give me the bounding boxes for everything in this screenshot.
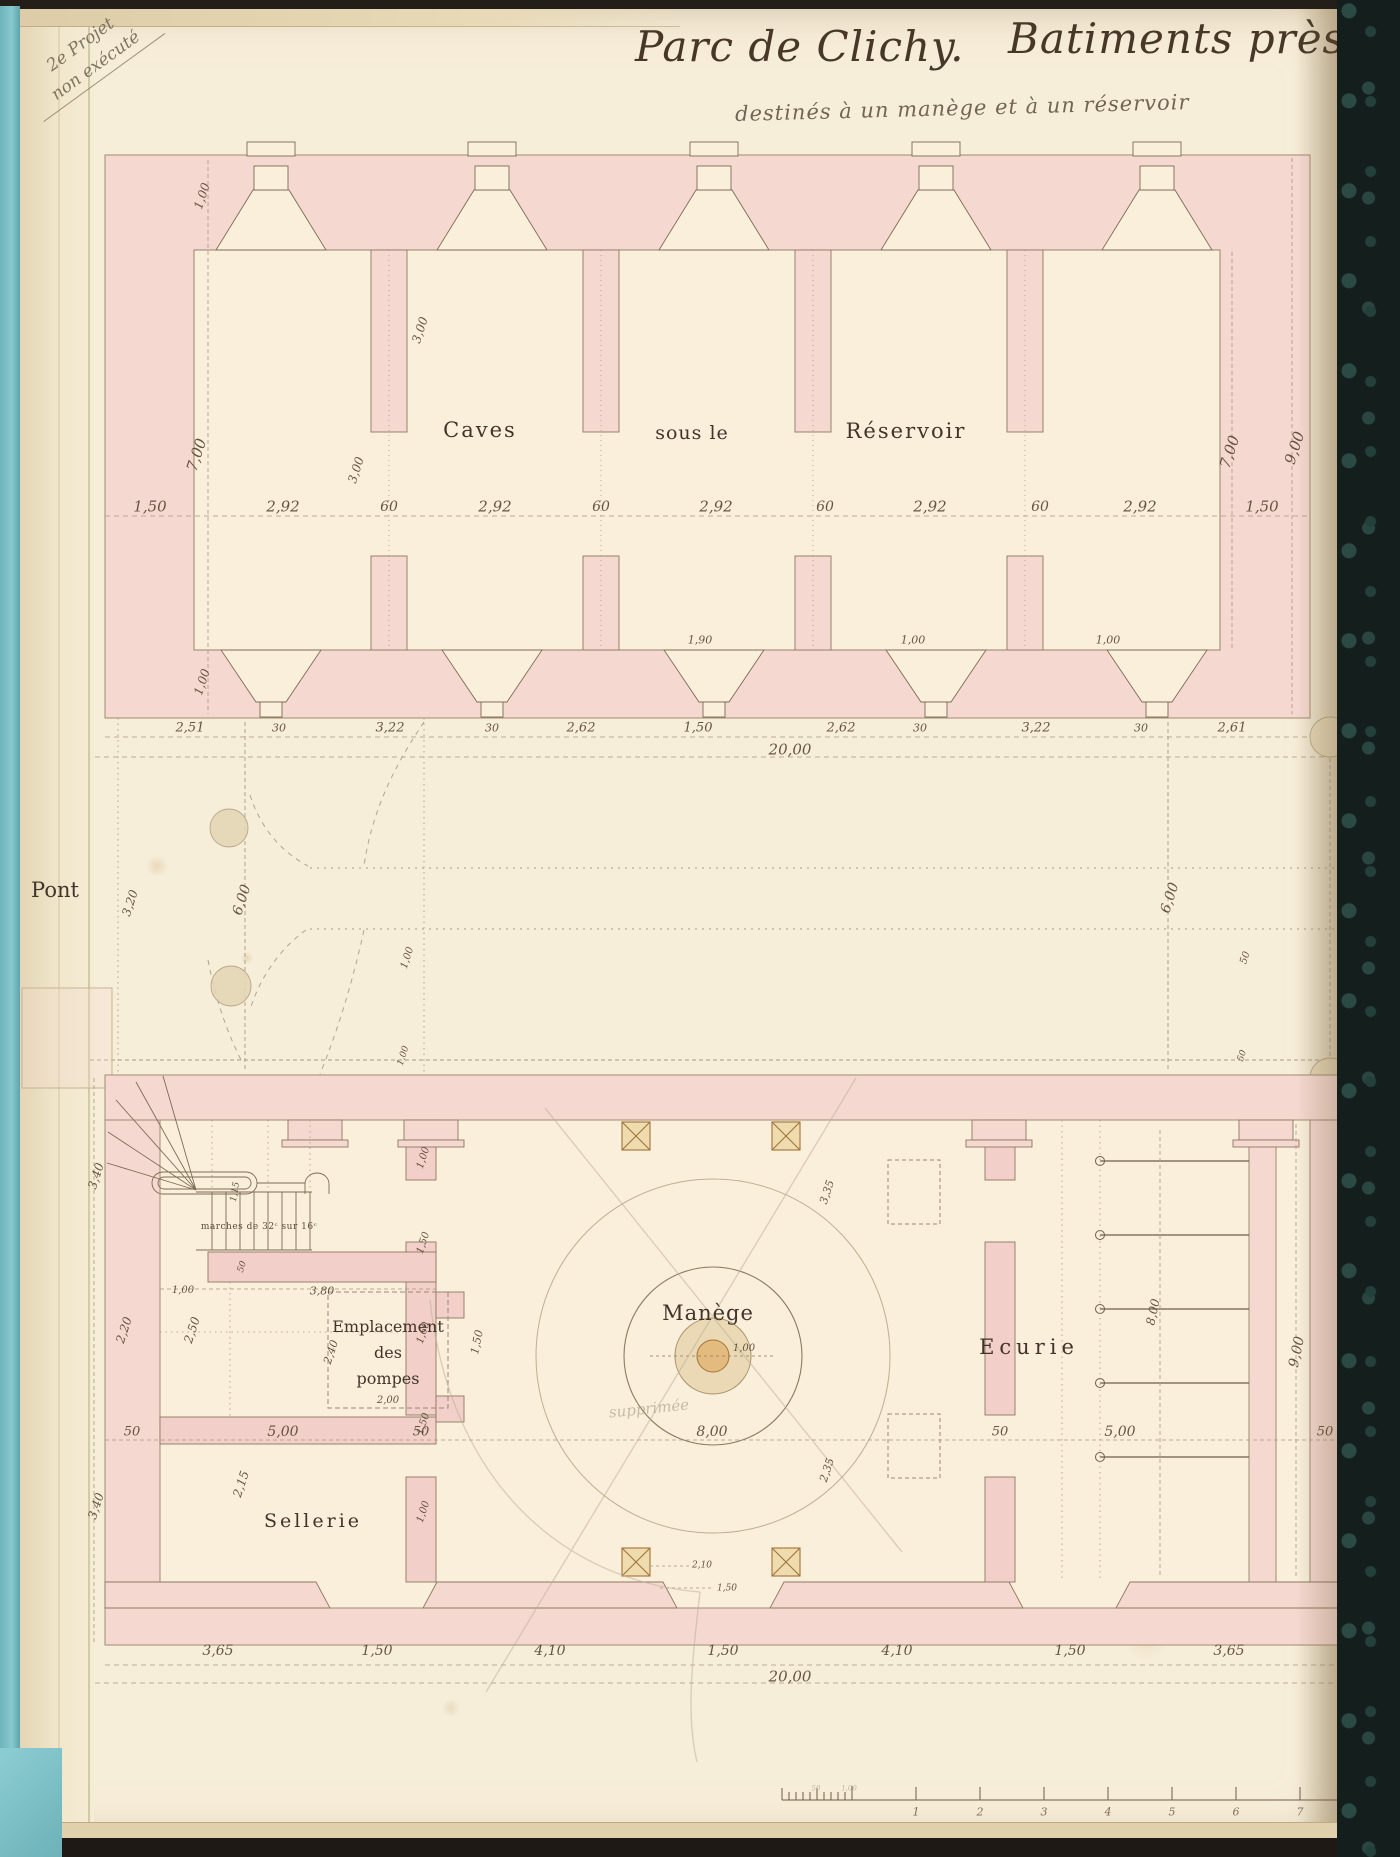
dim-label: 1,00 (192, 181, 212, 210)
scale-number: 2 (977, 1807, 984, 1818)
dim-label: 1,00 (400, 946, 416, 970)
scale-number: 3 (1041, 1807, 1048, 1818)
dim-label: 3,80 (310, 1286, 335, 1297)
dim-label: 2,92 (478, 500, 511, 515)
label-pont: Pont (31, 878, 79, 902)
dim-label: 1,00 (192, 667, 212, 696)
book-bottom-edge (0, 1838, 1400, 1857)
dim-label: 1,00 (416, 1146, 432, 1170)
dim-label: 3,40 (86, 1491, 106, 1520)
dim-label: 1,50 (133, 500, 166, 515)
dim-label: 50 (1237, 1049, 1249, 1063)
room-label-caves: Caves (443, 418, 517, 442)
scanned-plan-page: 2e Projet non exécuté Parc de Clichy. Ba… (0, 0, 1400, 1857)
dim-label: 1,15 (230, 1181, 242, 1202)
dim-label: 2,92 (699, 500, 732, 515)
room-label-manege: Manège (662, 1301, 754, 1325)
dim-label: 50 (992, 1426, 1009, 1439)
pencil-note-supprimee: supprimée (608, 1397, 690, 1420)
dim-label: 2,51 (176, 722, 205, 735)
dim-label: 2,15 (231, 1469, 251, 1498)
pompes-line3: pompes (332, 1366, 444, 1392)
room-label-reservoir: Réservoir (846, 419, 967, 443)
dim-label: 7,00 (185, 437, 210, 473)
dim-label: 3,00 (410, 315, 430, 344)
dim-label: 5,00 (267, 1425, 298, 1439)
dim-label: 2,61 (1218, 722, 1247, 735)
book-cloth-corner (0, 1748, 62, 1857)
dim-label: 2,50 (182, 1315, 202, 1344)
book-top-edge (0, 0, 1400, 9)
scale-number: 1 (913, 1807, 920, 1818)
dim-label: 5,00 (1104, 1425, 1135, 1439)
dim-label: 6,00 (231, 883, 254, 917)
dim-label: 2,35 (818, 1457, 836, 1484)
scale-number: 5 (1169, 1807, 1176, 1818)
dim-label: 4,10 (881, 1644, 912, 1658)
room-label-sous-le: sous le (655, 422, 729, 444)
scale-minor-label: 50 (812, 1786, 821, 1793)
dim-label: 8,00 (1144, 1298, 1161, 1327)
page-bottom-edge (60, 1822, 1345, 1839)
dim-label: 30 (485, 723, 499, 734)
dim-label: 3,20 (120, 888, 140, 917)
dim-label: 2,92 (913, 500, 946, 515)
dim-label: 2,92 (266, 500, 299, 515)
dim-label: 3,35 (818, 1179, 836, 1206)
dim-label: 60 (1031, 500, 1049, 514)
dim-label: 8,00 (696, 1425, 727, 1439)
book-cover-right (1337, 0, 1400, 1857)
dim-label: 1,50 (416, 1412, 432, 1436)
dim-label: 3,22 (376, 722, 405, 735)
dim-label: 3,65 (1213, 1644, 1244, 1658)
dim-label: 7,00 (1218, 434, 1243, 470)
dim-label: 3,65 (202, 1644, 233, 1658)
pencil-subtitle: destinés à un manège et à un réservoir (735, 90, 1190, 126)
labels-layer: 2e Projet non exécuté Parc de Clichy. Ba… (0, 0, 1400, 1857)
dim-label: 4,10 (534, 1644, 565, 1658)
scale-number: 4 (1105, 1807, 1112, 1818)
dim-label: 30 (913, 723, 927, 734)
dim-label: 1,50 (717, 1585, 737, 1594)
pompes-line2: des (332, 1340, 444, 1366)
dim-label: 6,00 (1159, 881, 1182, 915)
corner-note: 2e Projet non exécuté (13, 0, 166, 122)
scale-number: 6 (1233, 1807, 1240, 1818)
dim-label: 1,00 (416, 1500, 432, 1524)
dim-label: 3,00 (346, 455, 366, 484)
dim-label: 60 (380, 500, 398, 514)
dim-label: 30 (1134, 723, 1148, 734)
dim-label: 1,50 (684, 722, 713, 735)
dim-label: 2,92 (1123, 500, 1156, 515)
lower-total-dim: 20,00 (769, 1670, 812, 1685)
dim-label: 1,00 (901, 635, 926, 646)
dim-label: 2,62 (827, 722, 856, 735)
stairs-note: marches de 32ᶜ sur 16ᶜ (201, 1222, 317, 1232)
dim-label: 1,00 (397, 1045, 412, 1067)
room-label-ecurie: Ecurie (979, 1335, 1079, 1359)
page-right-shade (1296, 8, 1337, 1840)
room-label-sellerie: Sellerie (264, 1510, 362, 1532)
page-title: Parc de Clichy. (635, 22, 965, 71)
dim-label: 2,10 (692, 1562, 712, 1571)
dim-label: 60 (816, 500, 834, 514)
dim-label: 1,00 (1096, 635, 1121, 646)
dim-label: 1,00 (172, 1286, 194, 1296)
book-cloth-spine (0, 6, 20, 1857)
dim-label: 1,90 (688, 635, 713, 646)
dim-label: 1,50 (469, 1329, 485, 1355)
upper-total-dim: 20,00 (769, 743, 812, 758)
dim-label: 1,50 (707, 1644, 738, 1658)
dim-label: 2,62 (567, 722, 596, 735)
dim-label: 2,20 (114, 1315, 134, 1344)
dim-label: 1,50 (361, 1644, 392, 1658)
dim-label: 1,50 (1245, 500, 1278, 515)
dim-label: 60 (592, 500, 610, 514)
dim-label: 1,50 (1054, 1644, 1085, 1658)
dim-label: 50 (237, 1260, 249, 1274)
dim-label: 50 (1239, 950, 1252, 965)
dim-label: 30 (272, 723, 286, 734)
dim-label: 1,50 (416, 1231, 432, 1255)
scale-minor-label: 1,00 (841, 1786, 857, 1793)
dim-label: 3,40 (86, 1161, 106, 1190)
dim-label: 3,22 (1022, 722, 1051, 735)
dim-label: 50 (124, 1426, 141, 1439)
dim-label: 1,00 (733, 1344, 755, 1354)
dim-label: 2,00 (377, 1396, 399, 1406)
